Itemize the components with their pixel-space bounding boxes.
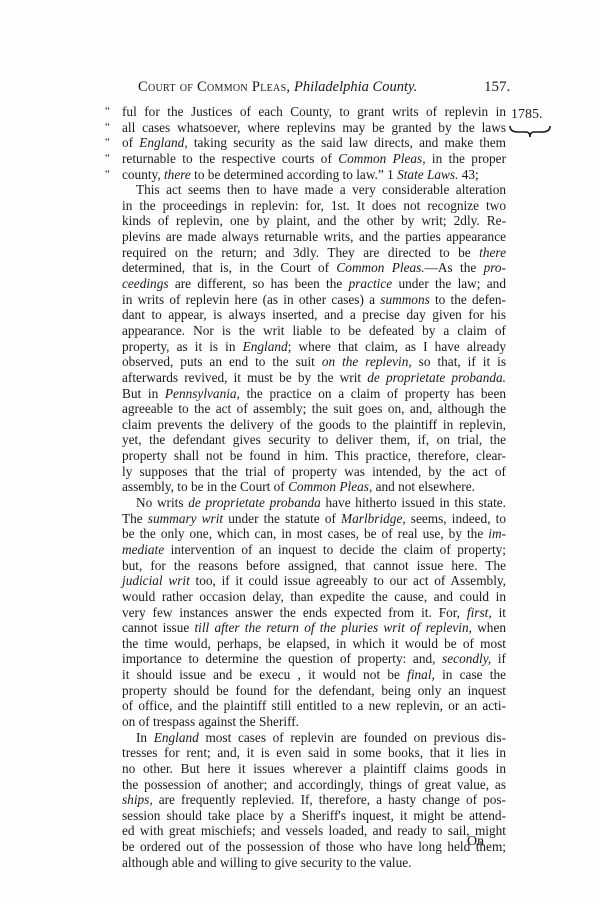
text-run: most cases of replevin are founded on pr… bbox=[199, 730, 506, 745]
text-run: ly supposes that the trial of property w… bbox=[122, 464, 506, 479]
italic-text: judicial writ bbox=[122, 573, 190, 588]
text-line: ceedings are different, so has been the … bbox=[122, 276, 506, 292]
italic-text: first, bbox=[467, 605, 492, 620]
text-run: in the proceedings in replevin: for, 1st… bbox=[122, 198, 506, 213]
text-run: ful for the Justices of each County, to … bbox=[122, 104, 506, 119]
text-line: kinds of replevin, one by plaint, and th… bbox=[122, 213, 506, 229]
text-line: afterwards revived, it must be by the wr… bbox=[122, 370, 506, 386]
italic-text: summary writ bbox=[148, 511, 223, 526]
book-page: Court of Common Pleas, Philadelphia Coun… bbox=[0, 0, 600, 903]
body-text: “ful for the Justices of each County, to… bbox=[122, 104, 506, 870]
text-run: on of trespass against the Sheriff. bbox=[122, 714, 299, 729]
text-run: county, bbox=[122, 167, 164, 182]
text-line: tresses for rent; and, it is even said i… bbox=[122, 745, 506, 761]
quote-mark: “ bbox=[105, 120, 110, 136]
text-run: too, if it could issue agreeably to our … bbox=[190, 573, 506, 588]
quote-line: “of England, taking security as the said… bbox=[122, 135, 506, 151]
quote-mark: “ bbox=[105, 104, 110, 120]
text-run: all cases whatsoever, where replevins ma… bbox=[122, 120, 506, 135]
text-run: determined, that is, in the Court of bbox=[122, 260, 336, 275]
quote-mark: “ bbox=[105, 167, 110, 183]
quote-mark: “ bbox=[105, 135, 110, 151]
text-run: if bbox=[491, 651, 506, 666]
text-line: plevins are made always returnable writs… bbox=[122, 229, 506, 245]
text-run: so that, if it is bbox=[412, 354, 506, 369]
text-run: in case the bbox=[435, 667, 506, 682]
text-run: plevins are made always returnable writs… bbox=[122, 229, 506, 244]
text-run: required on the return; and 3dly. They a… bbox=[122, 245, 479, 260]
text-line: on of trespass against the Sheriff. bbox=[122, 714, 506, 730]
paragraph: No writs de proprietate probanda have hi… bbox=[122, 495, 506, 730]
text-run: to the defen- bbox=[430, 292, 506, 307]
text-run: ; where that claim, as I have already bbox=[288, 339, 506, 354]
text-run: observed, puts an end to the suit bbox=[122, 354, 322, 369]
text-line: although able and willing to give securi… bbox=[122, 855, 506, 871]
text-run: property shall not be found in him. This… bbox=[122, 448, 506, 463]
text-run: it should issue and be execu , it would … bbox=[122, 667, 407, 682]
text-line: appearance. Nor is the writ liable to be… bbox=[122, 323, 506, 339]
italic-text: pro- bbox=[484, 260, 506, 275]
text-line: determined, that is, in the Court of Com… bbox=[122, 260, 506, 276]
text-line: agreeable to the act of assembly; the su… bbox=[122, 401, 506, 417]
text-run: would rather occasion delay, than expedi… bbox=[122, 589, 506, 604]
page-number: 157. bbox=[484, 79, 510, 96]
text-line: dant to appear, is always inserted, and … bbox=[122, 307, 506, 323]
text-line: claim prevents the delivery of the goods… bbox=[122, 417, 506, 433]
text-run: ed with great mischiefs; and vessels loa… bbox=[122, 823, 506, 838]
text-run: seems, indeed, to bbox=[406, 511, 506, 526]
text-line: observed, puts an end to the suit on the… bbox=[122, 354, 506, 370]
text-line: be the only one, which can, in most case… bbox=[122, 526, 506, 542]
text-run: importance to determine the question of … bbox=[122, 651, 442, 666]
curly-brace-icon bbox=[508, 124, 552, 138]
text-run: although able and willing to give securi… bbox=[122, 855, 412, 870]
text-line: in writs of replevin here (as in other c… bbox=[122, 292, 506, 308]
text-line: the possession of another; and according… bbox=[122, 777, 506, 793]
text-line: of office, and the plaintiff still entit… bbox=[122, 698, 506, 714]
text-line: no other. But here it issues wherever a … bbox=[122, 761, 506, 777]
italic-text: there bbox=[479, 245, 506, 260]
text-line: In England most cases of replevin are fo… bbox=[122, 730, 506, 746]
text-run: under the statute of bbox=[223, 511, 341, 526]
text-line: property should be found for the defenda… bbox=[122, 683, 506, 699]
text-run: it bbox=[492, 605, 506, 620]
italic-text: ceedings bbox=[122, 276, 169, 291]
text-line: cannot issue till after the return of th… bbox=[122, 620, 506, 636]
text-line: it should issue and be execu , it would … bbox=[122, 667, 506, 683]
text-run: under the law; and bbox=[392, 276, 506, 291]
quote-line: “ful for the Justices of each County, to… bbox=[122, 104, 506, 120]
italic-text: mediate bbox=[122, 542, 164, 557]
text-run: the time would, perhaps, be elapsed, in … bbox=[122, 636, 506, 651]
text-run: be ordered out of the possession of thos… bbox=[122, 839, 506, 854]
text-line: in the proceedings in replevin: for, 1st… bbox=[122, 198, 506, 214]
italic-text: on the replevin, bbox=[322, 354, 412, 369]
text-run: But in bbox=[122, 386, 165, 401]
text-run: and not elsewhere. bbox=[372, 479, 475, 494]
text-run: property, as it is in bbox=[122, 339, 243, 354]
text-run: of office, and the plaintiff still entit… bbox=[122, 698, 506, 713]
text-line: ed with great mischiefs; and vessels loa… bbox=[122, 823, 506, 839]
italic-text: ships, bbox=[122, 792, 153, 807]
text-run: assembly, to be in the Court of bbox=[122, 479, 288, 494]
paragraph: This act seems then to have made a very … bbox=[122, 182, 506, 495]
quote-line: “county, there to be determined accordin… bbox=[122, 167, 506, 183]
italic-text: im- bbox=[488, 526, 506, 541]
italic-text: final, bbox=[407, 667, 435, 682]
text-run: agreeable to the act of assembly; the su… bbox=[122, 401, 506, 416]
italic-text: England bbox=[243, 339, 288, 354]
quote-mark: “ bbox=[105, 151, 110, 167]
text-run: session should take place by a Sheriff's… bbox=[122, 808, 506, 823]
italic-text: England, bbox=[139, 135, 187, 150]
text-run: property should be found for the defenda… bbox=[122, 683, 506, 698]
text-run: 43; bbox=[458, 167, 478, 182]
text-line: would rather occasion delay, than expedi… bbox=[122, 589, 506, 605]
text-line: the time would, perhaps, be elapsed, in … bbox=[122, 636, 506, 652]
text-run: yet, the defendant gives security to del… bbox=[122, 432, 506, 447]
text-run: of bbox=[122, 135, 139, 150]
text-line: mediate intervention of an inquest to de… bbox=[122, 542, 506, 558]
text-line: But in Pennsylvania, the practice on a c… bbox=[122, 386, 506, 402]
text-run: dant to appear, is always inserted, and … bbox=[122, 307, 506, 322]
text-run: The bbox=[122, 511, 148, 526]
text-line: No writs de proprietate probanda have hi… bbox=[122, 495, 506, 511]
text-line: very few instances answer the ends expec… bbox=[122, 605, 506, 621]
margin-year-note: 1785. bbox=[511, 107, 543, 123]
text-run: have hitherto issued in this state. bbox=[321, 495, 506, 510]
text-line: judicial writ too, if it could issue agr… bbox=[122, 573, 506, 589]
text-run: but, for the reasons before assigned, th… bbox=[122, 558, 506, 573]
italic-text: Common Pleas, bbox=[288, 479, 372, 494]
text-run: in writs of replevin here (as in other c… bbox=[122, 292, 380, 307]
text-run: to be determined according to law.” 1 bbox=[191, 167, 397, 182]
text-run: No writs bbox=[136, 495, 188, 510]
text-run: the practice on a claim of property has … bbox=[240, 386, 506, 401]
italic-text: Marlbridge, bbox=[341, 511, 406, 526]
text-run: very few instances answer the ends expec… bbox=[122, 605, 467, 620]
text-line: session should take place by a Sheriff's… bbox=[122, 808, 506, 824]
italic-text: England bbox=[154, 730, 199, 745]
text-run: taking security as the said law directs,… bbox=[188, 135, 506, 150]
text-run: be the only one, which can, in most case… bbox=[122, 526, 488, 541]
text-line: ly supposes that the trial of property w… bbox=[122, 464, 506, 480]
text-line: assembly, to be in the Court of Common P… bbox=[122, 479, 506, 495]
italic-text: de proprietate probanda. bbox=[367, 370, 506, 385]
quote-line: “returnable to the respective courts of … bbox=[122, 151, 506, 167]
italic-text: there bbox=[164, 167, 191, 182]
italic-text: State Laws. bbox=[397, 167, 458, 182]
text-line: but, for the reasons before assigned, th… bbox=[122, 558, 506, 574]
italic-text: summons bbox=[380, 292, 430, 307]
text-run: are different, so has been the bbox=[169, 276, 349, 291]
text-run: afterwards revived, it must be by the wr… bbox=[122, 370, 367, 385]
italic-text: Common Pleas. bbox=[336, 260, 424, 275]
text-run: —As the bbox=[425, 260, 484, 275]
text-line: property, as it is in England; where tha… bbox=[122, 339, 506, 355]
header-county: Philadelphia County. bbox=[294, 79, 417, 95]
text-run: claim prevents the delivery of the goods… bbox=[122, 417, 506, 432]
italic-text: de proprietate probanda bbox=[188, 495, 321, 510]
text-run: In bbox=[136, 730, 154, 745]
header-court-title: Court of Common Pleas, bbox=[138, 79, 290, 95]
text-run: , when bbox=[469, 620, 506, 635]
italic-text: Common Pleas, bbox=[338, 151, 425, 166]
text-line: yet, the defendant gives security to del… bbox=[122, 432, 506, 448]
italic-text: till after the return of the pluries wri… bbox=[194, 620, 468, 635]
text-line: property shall not be found in him. This… bbox=[122, 448, 506, 464]
text-run: the possession of another; and according… bbox=[122, 777, 506, 792]
text-run: in the proper bbox=[426, 151, 506, 166]
text-run: returnable to the respective courts of bbox=[122, 151, 338, 166]
text-line: required on the return; and 3dly. They a… bbox=[122, 245, 506, 261]
text-run: no other. But here it issues wherever a … bbox=[122, 761, 506, 776]
text-run: kinds of replevin, one by plaint, and th… bbox=[122, 213, 506, 228]
text-line: importance to determine the question of … bbox=[122, 651, 506, 667]
text-line: be ordered out of the possession of thos… bbox=[122, 839, 506, 855]
catchword: On bbox=[467, 834, 484, 850]
text-run: cannot issue bbox=[122, 620, 194, 635]
quote-line: “all cases whatsoever, where replevins m… bbox=[122, 120, 506, 136]
italic-text: secondly, bbox=[442, 651, 491, 666]
paragraph: In England most cases of replevin are fo… bbox=[122, 730, 506, 871]
text-line: This act seems then to have made a very … bbox=[122, 182, 506, 198]
text-line: The summary writ under the statute of Ma… bbox=[122, 511, 506, 527]
text-run: This act seems then to have made a very … bbox=[136, 182, 506, 197]
italic-text: practice bbox=[349, 276, 393, 291]
running-header: Court of Common Pleas, Philadelphia Coun… bbox=[138, 79, 518, 99]
text-run: tresses for rent; and, it is even said i… bbox=[122, 745, 506, 760]
text-run: intervention of an inquest to decide the… bbox=[164, 542, 506, 557]
text-run: are frequently replevied. If, therefore,… bbox=[153, 792, 506, 807]
text-run: appearance. Nor is the writ liable to be… bbox=[122, 323, 506, 338]
text-line: ships, are frequently replevied. If, the… bbox=[122, 792, 506, 808]
italic-text: Pennsylvania, bbox=[165, 386, 240, 401]
